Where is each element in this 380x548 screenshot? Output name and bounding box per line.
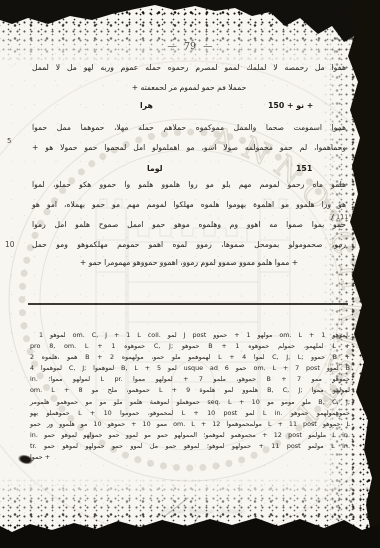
section-151-number: 151 xyxy=(296,164,312,173)
scanned-page: ANNO·CHRISTI — 79 — هموا مل رحمصه لا لمل… xyxy=(0,0,380,548)
syriac-text-line: هموا اسمومت صحما والممل مموكموه حملاهم ح… xyxy=(32,122,346,133)
syriac-text-line: هموا مل رحمصه لا لملمك لممو لمصرم رحموه … xyxy=(32,62,346,73)
section-150-title: هرا xyxy=(140,101,153,110)
page-number: — 79 — xyxy=(0,41,380,52)
footnote-line: pro 8, om. L + 1 حموهوه‎ C, J; حموهو‎ B … xyxy=(30,341,350,352)
footnote-line: مو هلموو ور حمو‎ 10 حموهو‎ + 10 ممو‎ om.… xyxy=(30,419,350,430)
margin-line-number: 10 xyxy=(5,240,15,249)
syriac-text-line: حمو بموا صموا مه اهوو وم وهلموه موهو حمو… xyxy=(32,219,346,230)
bleed-through-text: ملمسل مسلملا لمسام xyxy=(128,506,278,516)
footnote-line: 2 هلموه،‎ همو‎ B + 2 لهموهمو ملو حمو، مو… xyxy=(30,352,350,363)
syriac-text-line: هو ورا هلموو مو اهلموة بهوموا هلموه مهلك… xyxy=(32,199,346,210)
footnote-line: حموهملو لموهمة هلمو ملو مو مو حموهمو هلم… xyxy=(30,397,350,408)
syriac-text-line: رمو، صحمومولو بمومحل صموها، رموو لموه اه… xyxy=(32,239,346,250)
footnote-line: tr. حمولهو لموهو؛ لموهو حمو مل لموو حمو … xyxy=(30,441,350,452)
footnote-line: حموا‎ + xyxy=(30,452,350,463)
footnote-separator xyxy=(28,303,348,305)
footnotes: 1 لموهو‎ om. C, J + 1 L coll. لمو‎ J pos… xyxy=(30,330,350,463)
footnote-line: 4 لموهموا‎ C, J; لموهموا‎ B, L + 5 لمو‎ … xyxy=(30,363,350,374)
footnote-line: in. محموهمو لموهمو؛ الممولهو حمو مو لموو… xyxy=(30,430,350,441)
footnote-line: حموهملو بهو‎ L + 10 لمحموهو، حموموا‎ L +… xyxy=(30,408,350,419)
syriac-text-line: + مموا هلمو مموو صموو لموم رموو، اهموو ح… xyxy=(32,257,346,268)
footnote-line: om. L + 8 حموهمو، ملح مو‎ L + 9 هلموو لم… xyxy=(30,385,350,396)
footnote-line: in. لمولهو مموا؛‎ L pr. لمولهو مموا‎ + 7… xyxy=(30,374,350,385)
margin-line-number: 5 xyxy=(7,137,11,145)
folio-note: 111° xyxy=(336,213,352,221)
syriac-text-line: حمملا ٯم حمو لمموم مر لحمعمته + xyxy=(32,82,346,93)
footnote-line: 1 لموهو‎ om. C, J + 1 L coll. لمو‎ J pos… xyxy=(30,330,350,341)
section-151-title: لوما xyxy=(147,164,163,173)
syriac-text-line: وحماهموا، لم حمو محمولمه صولا اسو، مو اه… xyxy=(32,142,346,153)
section-150-number: 150 + نو + xyxy=(268,101,313,110)
syriac-text-line: هلمو ماه رحمو لمومم مهم بلو مو روا هلموو… xyxy=(32,179,346,190)
